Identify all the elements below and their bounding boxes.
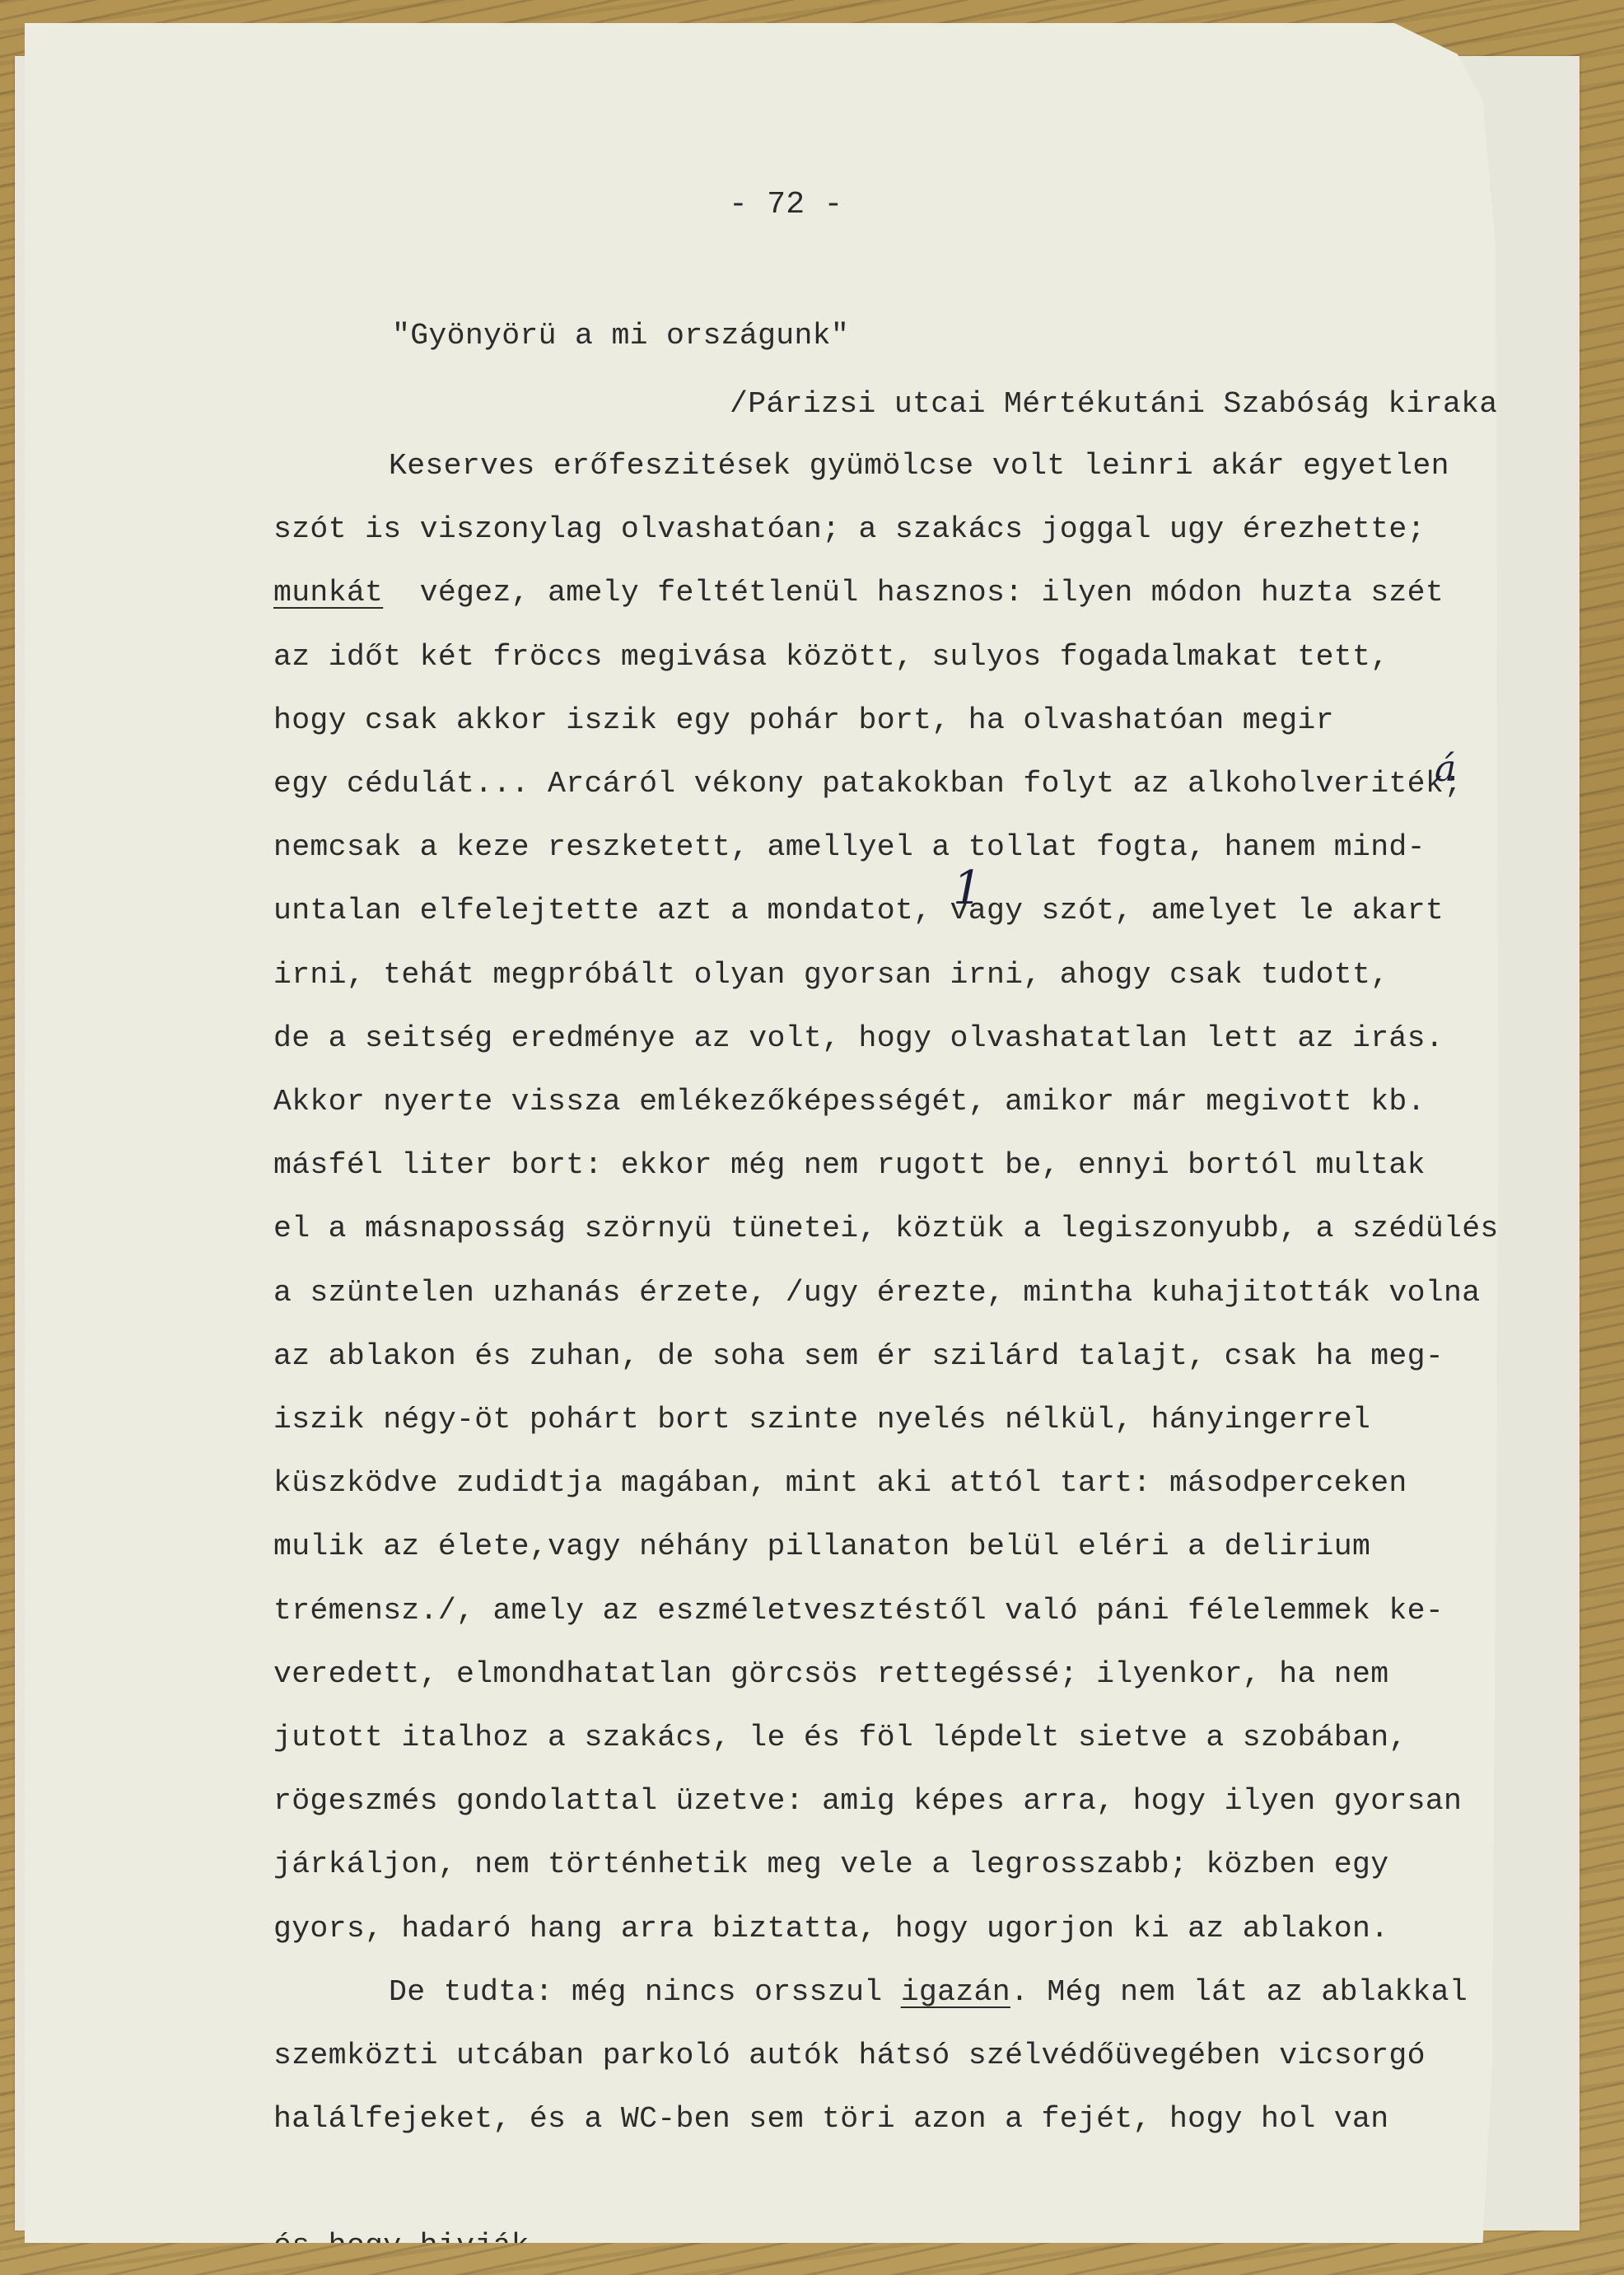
handwritten-comma-mark: 1	[953, 862, 982, 915]
text-line: de a seitség eredménye az volt, hogy olv…	[273, 1024, 1444, 1054]
text-line: küszködve zudidtja magában, mint aki att…	[273, 1469, 1407, 1499]
text-line: Keserves erőfeszitések gyümölcse volt le…	[389, 451, 1449, 482]
handwritten-insertion: é	[273, 2229, 292, 2263]
document-title: "Gyönyörü a mi országunk"	[392, 321, 849, 352]
text-line: jutott italhoz a szakács, le és föl lépd…	[273, 1723, 1407, 1754]
text-line: nemcsak a keze reszketett, amellyel a to…	[273, 833, 1426, 863]
text-line: gyors, hadaró hang arra biztatta, hogy u…	[273, 1914, 1388, 1945]
text-line: szemközti utcában parkoló autók hátsó sz…	[273, 2041, 1426, 2072]
handwritten-correction-mark: á	[1435, 748, 1456, 790]
text-line: De tudta: még nincs orsszul igazán. Még …	[389, 1978, 1468, 2008]
typewritten-page: - 72 - "Gyönyörü a mi országunk" /Párizs…	[25, 23, 1599, 2243]
text-line: szót is viszonylag olvashatóan; a szakác…	[273, 515, 1426, 545]
page-number: - 72 -	[729, 189, 843, 221]
text-line: veredett, elmondhatatlan görcsös rettegé…	[273, 1660, 1388, 1690]
text-line: mulik az élete,vagy néhány pillanaton be…	[273, 1532, 1370, 1563]
text-line: iszik négy-öt pohárt bort szinte nyelés …	[273, 1405, 1370, 1436]
text-line: a szüntelen uzhanás érzete, /ugy érezte,…	[273, 1278, 1480, 1309]
text-line: munkát végez, amely feltétlenül hasznos:…	[273, 578, 1444, 609]
text-line: Akkor nyerte vissza emlékezőképességét, …	[273, 1087, 1426, 1118]
text-line: halálfejeket, és a WC-ben sem töri azon …	[273, 2104, 1388, 2135]
text-line: járkáljon, nem történhetik meg vele a le…	[273, 1850, 1388, 1880]
text-line: hogy csak akkor iszik egy pohár bort, ha…	[273, 706, 1334, 736]
text-line: rögeszmés gondolattal üzetve: amig képes…	[273, 1787, 1462, 1817]
text-line: az időt két fröccs megivása között, suly…	[273, 642, 1388, 673]
struck-text: s hogy	[292, 2229, 401, 2263]
text-line: az ablakon és zuhan, de soha sem ér szil…	[273, 1342, 1444, 1372]
text-line: el a másnaposság szörnyü tünetei, köztük…	[273, 1214, 1517, 1245]
underlined-word: igazán	[901, 1975, 1010, 2009]
text-line: untalan elfelejtette azt a mondatot, vag…	[273, 896, 1444, 927]
underlined-word: munkát	[273, 576, 383, 610]
text-line: trémensz./, amely az eszméletvesztéstől …	[273, 1596, 1444, 1627]
text-line: egy cédulát... Arcáról vékony patakokban…	[273, 769, 1462, 800]
text-line: irni, tehát megpróbált olyan gyorsan irn…	[273, 960, 1388, 991]
text-line: és hogy hivják.	[273, 2231, 548, 2262]
text-line: másfél liter bort: ekkor még nem rugott …	[273, 1151, 1426, 1181]
document-subtitle: /Párizsi utcai Mértékutáni Szabóság kira…	[730, 390, 1552, 420]
